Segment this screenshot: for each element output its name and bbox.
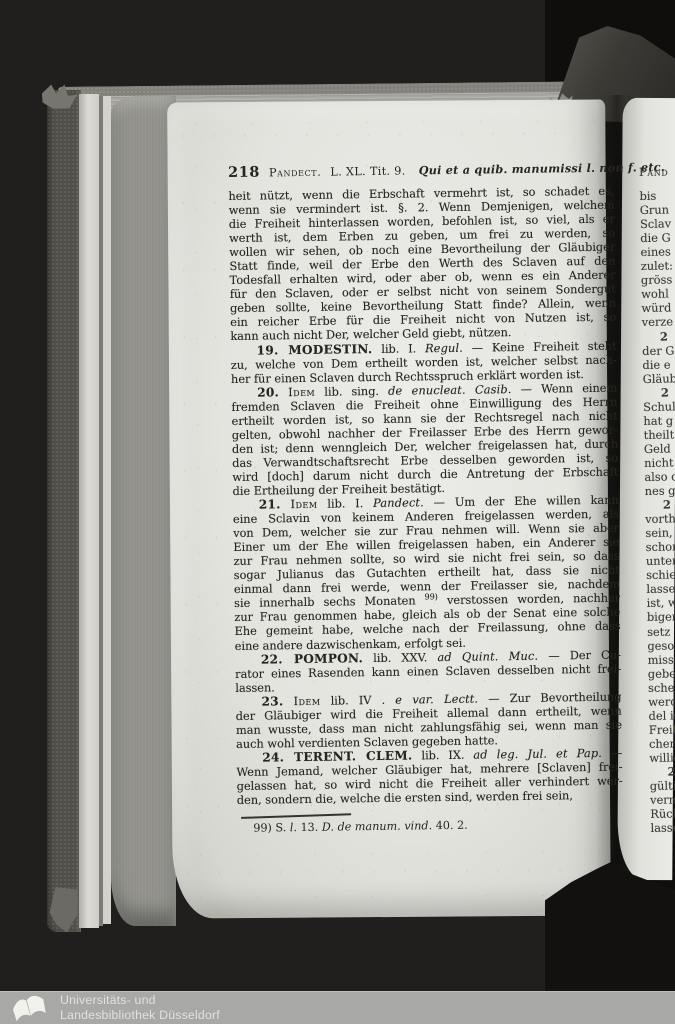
right-text-line: 2 (642, 328, 675, 343)
page-number: 218 (228, 164, 260, 181)
right-text-line: sein, (645, 525, 675, 540)
right-text-line: wohl (641, 286, 675, 301)
book-photo: { "colors": { "background": "#201f1d", "… (0, 0, 675, 1024)
right-text-line: setz i (647, 623, 675, 638)
header-work-title: Pandect. (269, 166, 322, 180)
right-text-line: Schul (643, 398, 675, 413)
right-text-line: geben (648, 665, 675, 680)
footnote-separator-rule (241, 813, 351, 819)
right-text-line: Geld (644, 441, 675, 456)
page-stack-fore-edge (111, 96, 176, 926)
right-text-line: missa (647, 651, 675, 666)
right-text-line: willig (649, 750, 675, 765)
book-cover-edge (47, 90, 81, 932)
right-text-line: lassen (650, 820, 675, 835)
right-text-line: 2 (649, 764, 675, 779)
right-text-line: werde (648, 693, 675, 708)
library-name-line2: Landesbibliothek Düsseldorf (60, 1008, 220, 1023)
endpaper-edge-2 (103, 96, 111, 924)
right-text-line: eines (640, 244, 675, 259)
right-text-line: die G (640, 230, 675, 245)
right-text-line: theilt (644, 427, 675, 442)
right-text-line: gültig (650, 778, 675, 793)
open-book-icon (8, 993, 50, 1023)
header-locus: L. XL. Tit. 9. (330, 165, 405, 179)
right-text-line: die e (642, 356, 675, 371)
right-text-line: verma (650, 792, 675, 807)
right-text-line: schied (646, 567, 675, 582)
right-text-line: schon (646, 539, 675, 554)
right-text-line: Freihe (649, 722, 675, 737)
right-text-line: der G (642, 342, 675, 357)
right-text-line: hat g (643, 413, 675, 428)
right-text-line: schehe (648, 679, 675, 694)
right-text-line: bis (639, 188, 675, 203)
right-text-line: nes g (645, 483, 675, 498)
right-text-line: ist, w (647, 595, 675, 610)
right-text-line: del is (648, 707, 675, 722)
right-text-line: gesorg (647, 637, 675, 652)
right-text-line: würd (641, 300, 675, 315)
right-text-line: nicht (644, 455, 675, 470)
right-text-line: Rücks (650, 806, 675, 821)
right-text-line: 2 (643, 384, 675, 399)
right-text-line: biger (647, 609, 675, 624)
left-page-text-block: 218 Pandect. L. XL. Tit. 9. Qui et a qui… (228, 159, 623, 835)
library-name: Universitäts- und Landesbibliothek Düsse… (60, 993, 220, 1023)
right-text-line: verze (642, 314, 675, 329)
right-text-line: cher [ (649, 736, 675, 751)
endpaper-edge (79, 94, 99, 928)
right-text-line: vorthe (645, 511, 675, 526)
body-text: heit nützt, wenn die Erbschaft vermehrt … (228, 184, 623, 807)
right-text-line: Gläub (643, 370, 675, 385)
right-running-header: Pand (639, 165, 675, 180)
right-text-line: Grun (640, 202, 675, 217)
right-text-line: unter (646, 553, 675, 568)
library-name-line1: Universitäts- und (60, 993, 220, 1008)
right-text-line: lassen (646, 581, 675, 596)
right-text-line: also d (644, 469, 675, 484)
right-text-line: gröss (641, 272, 675, 287)
right-text-line: 2 (645, 497, 675, 512)
right-text-line: Sclav (640, 216, 675, 231)
right-text-line: zulet: (641, 258, 675, 273)
